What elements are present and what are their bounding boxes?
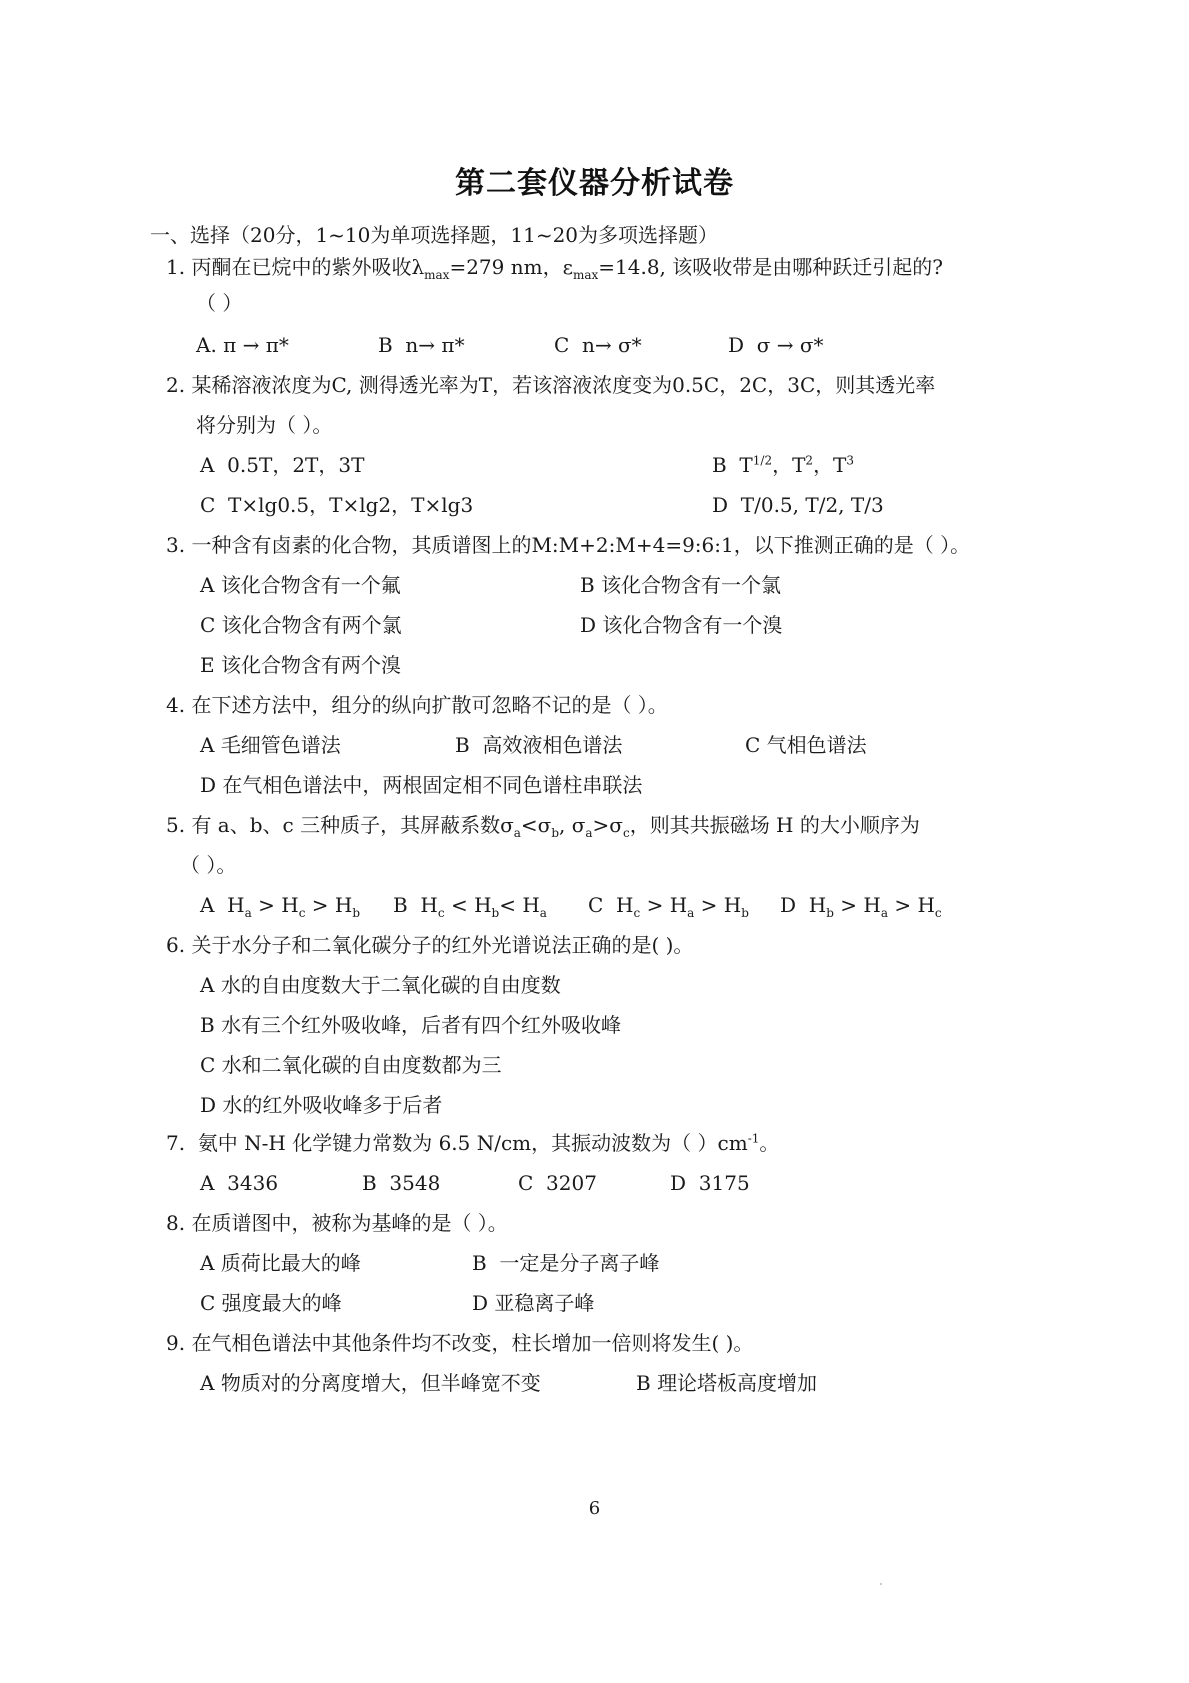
question-4-stem: 4. 在下述方法中，组分的纵向扩散可忽略不记的是（ ）。	[166, 692, 668, 718]
scan-speck	[880, 1583, 882, 1585]
question-3-option-a: A 该化合物含有一个氟	[200, 572, 401, 598]
question-1-blank: （ ）	[196, 290, 242, 316]
question-2-stem: 2. 某稀溶液浓度为C, 测得透光率为T，若该溶液浓度变为0.5C，2C，3C，…	[166, 372, 935, 398]
question-5-option-c: C Hc > Ha > Hb	[588, 892, 749, 918]
question-7-option-b: B 3548	[362, 1170, 440, 1196]
question-6-stem: 6. 关于水分子和二氧化碳分子的红外光谱说法正确的是( )。	[166, 932, 693, 958]
question-8-option-d: D 亚稳离子峰	[472, 1290, 594, 1316]
question-5-blank: （ ）。	[180, 852, 236, 878]
question-5-stem: 5. 有 a、b、c 三种质子，其屏蔽系数σa<σb, σa>σc，则其共振磁场…	[166, 812, 920, 838]
question-3-stem: 3. 一种含有卤素的化合物，其质谱图上的M:M+2:M+4=9:6:1，以下推测…	[166, 532, 970, 558]
question-1-option-a: A. π → π*	[196, 332, 289, 358]
question-3-option-d: D 该化合物含有一个溴	[580, 612, 782, 638]
exam-page: 第二套仪器分析试卷 一、选择（20分，1~10为单项选择题，11~20为多项选择…	[0, 0, 1189, 1683]
question-5-option-d: D Hb > Ha > Hc	[780, 892, 942, 918]
question-3-option-e: E 该化合物含有两个溴	[200, 652, 401, 678]
question-1-option-c: C n→ σ*	[554, 332, 642, 358]
question-8-option-b: B 一定是分子离子峰	[472, 1250, 659, 1276]
question-6-option-b: B 水有三个红外吸收峰，后者有四个红外吸收峰	[200, 1012, 621, 1038]
question-4-option-c: C 气相色谱法	[745, 732, 867, 758]
question-6-option-d: D 水的红外吸收峰多于后者	[200, 1092, 442, 1118]
question-4-option-d: D 在气相色谱法中，两根固定相不同色谱柱串联法	[200, 772, 642, 798]
question-5-option-b: B Hc < Hb< Ha	[393, 892, 547, 918]
page-title: 第二套仪器分析试卷	[0, 158, 1189, 202]
question-1-option-d: D σ → σ*	[728, 332, 824, 358]
question-1-option-b: B n→ π*	[378, 332, 465, 358]
section-heading: 一、选择（20分，1~10为单项选择题，11~20为多项选择题）	[150, 222, 718, 248]
question-3-option-b: B 该化合物含有一个氯	[580, 572, 781, 598]
question-7-option-a: A 3436	[200, 1170, 278, 1196]
question-8-option-c: C 强度最大的峰	[200, 1290, 342, 1316]
question-9-option-a: A 物质对的分离度增大，但半峰宽不变	[200, 1370, 541, 1396]
question-3-option-c: C 该化合物含有两个氯	[200, 612, 402, 638]
question-5-option-a: A Ha > Hc > Hb	[200, 892, 360, 918]
question-7-stem: 7. 氨中 N-H 化学键力常数为 6.5 N/cm，其振动波数为（ ）cm-1…	[166, 1130, 779, 1156]
question-2-option-a: A 0.5T，2T，3T	[200, 452, 364, 478]
question-8-stem: 8. 在质谱图中，被称为基峰的是（ ）。	[166, 1210, 508, 1236]
question-2-option-c: C T×lg0.5，T×lg2，T×lg3	[200, 492, 473, 518]
question-6-option-c: C 水和二氧化碳的自由度数都为三	[200, 1052, 502, 1078]
question-4-option-b: B 高效液相色谱法	[455, 732, 622, 758]
question-2-option-b: B T1/2，T2，T3	[712, 452, 854, 478]
question-2-option-d: D T/0.5, T/2, T/3	[712, 492, 884, 518]
question-7-option-d: D 3175	[670, 1170, 750, 1196]
page-number: 6	[0, 1498, 1189, 1519]
question-9-stem: 9. 在气相色谱法中其他条件均不改变，柱长增加一倍则将发生( )。	[166, 1330, 753, 1356]
question-4-option-a: A 毛细管色谱法	[200, 732, 341, 758]
question-2-stem-cont: 将分别为（ ）。	[196, 412, 332, 438]
question-1-stem: 1. 丙酮在已烷中的紫外吸收λmax=279 nm，εmax=14.8, 该吸收…	[166, 254, 943, 280]
question-8-option-a: A 质荷比最大的峰	[200, 1250, 361, 1276]
question-6-option-a: A 水的自由度数大于二氧化碳的自由度数	[200, 972, 561, 998]
question-9-option-b: B 理论塔板高度增加	[636, 1370, 817, 1396]
question-7-option-c: C 3207	[518, 1170, 597, 1196]
